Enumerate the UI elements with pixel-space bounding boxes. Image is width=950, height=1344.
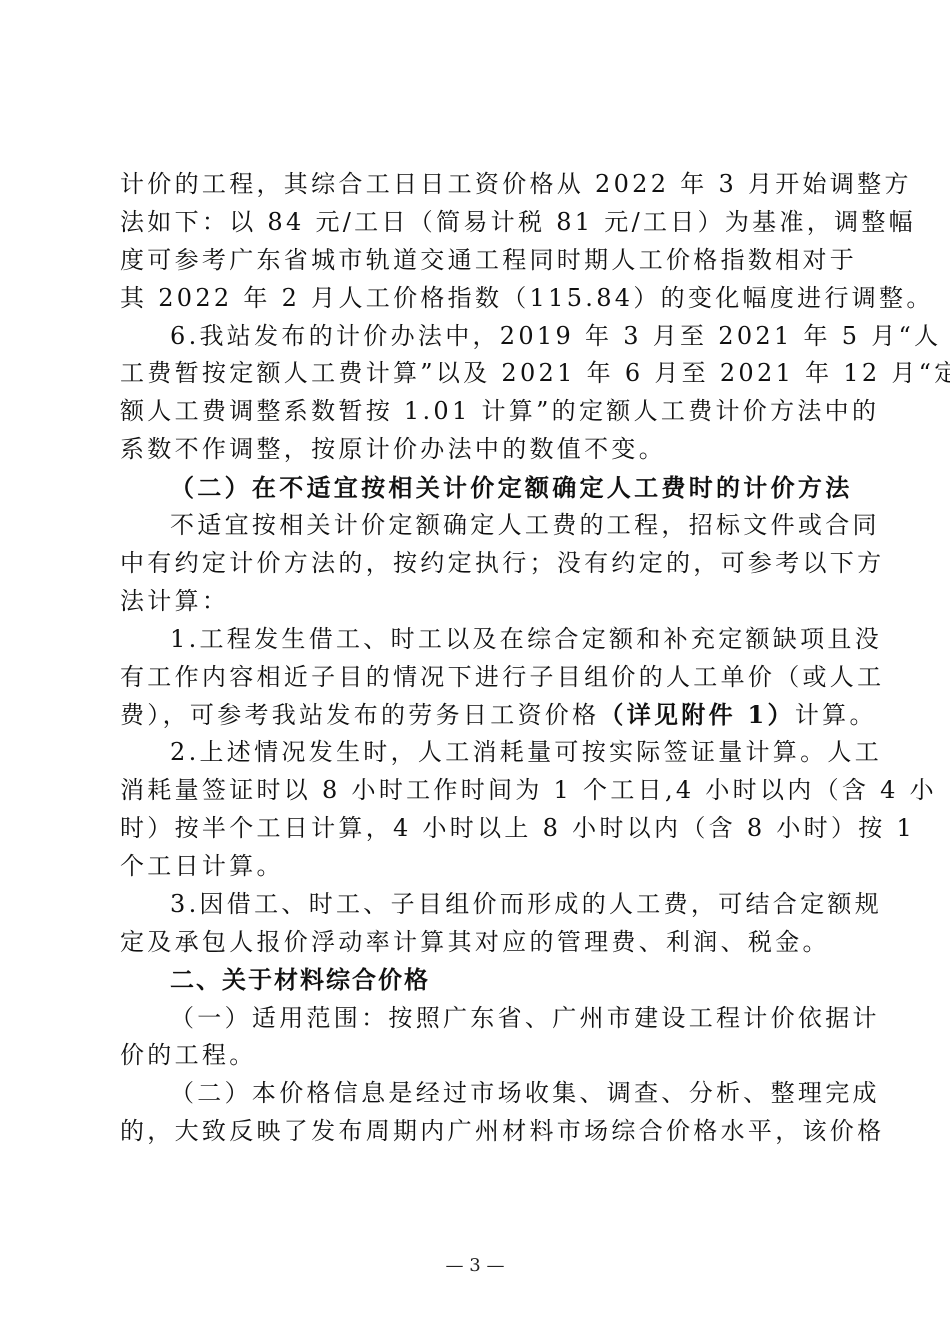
paragraph-line: 1.工程发生借工、时工以及在综合定额和补充定额缺项且没 <box>120 621 832 659</box>
paragraph-line: 个工日计算。 <box>120 848 832 886</box>
paragraph-line: 系数不作调整，按原计价办法中的数值不变。 <box>120 431 832 469</box>
paragraph-line: 有工作内容相近子目的情况下进行子目组价的人工单价（或人工 <box>120 659 832 697</box>
paragraph-line: 3.因借工、时工、子目组价而形成的人工费，可结合定额规 <box>120 886 832 924</box>
paragraph-line: 中有约定计价方法的，按约定执行；没有约定的，可参考以下方 <box>120 545 832 583</box>
paragraph-line: 计价的工程，其综合工日日工资价格从 2022 年 3 月开始调整方 <box>120 166 832 204</box>
paragraph-line: 2.上述情况发生时，人工消耗量可按实际签证量计算。人工 <box>120 734 832 772</box>
paragraph-line: 度可参考广东省城市轨道交通工程同时期人工价格指数相对于 <box>120 242 832 280</box>
paragraph-line: 的，大致反映了发布周期内广州材料市场综合价格水平，该价格 <box>120 1113 832 1151</box>
paragraph-line: 不适宜按相关计价定额确定人工费的工程，招标文件或合同 <box>120 507 832 545</box>
section-subheading: （二）在不适宜按相关计价定额确定人工费时的计价方法 <box>120 469 832 507</box>
paragraph-line: 消耗量签证时以 8 小时工作时间为 1 个工日,4 小时以内（含 4 小 <box>120 772 832 810</box>
paragraph-text: 计算。 <box>795 701 877 729</box>
section-heading: 二、关于材料综合价格 <box>120 962 832 1000</box>
paragraph-line: 额人工费调整系数暂按 1.01 计算”的定额人工费计价方法中的 <box>120 393 832 431</box>
paragraph-line: （一）适用范围：按照广东省、广州市建设工程计价依据计 <box>120 1000 832 1038</box>
attachment-reference: （详见附件 1） <box>599 700 794 729</box>
page-number: — 3 — <box>0 1255 950 1276</box>
paragraph-line: 6.我站发布的计价办法中，2019 年 3 月至 2021 年 5 月“人 <box>120 318 832 356</box>
paragraph-line: （二）本价格信息是经过市场收集、调查、分析、整理完成 <box>120 1075 832 1113</box>
paragraph-text: 费），可参考我站发布的劳务日工资价格 <box>120 701 599 729</box>
paragraph-line: 工费暂按定额人工费计算”以及 2021 年 6 月至 2021 年 12 月“定 <box>120 355 832 393</box>
paragraph-line: 时）按半个工日计算，4 小时以上 8 小时以内（含 8 小时）按 1 <box>120 810 832 848</box>
paragraph-line: 其 2022 年 2 月人工价格指数（115.84）的变化幅度进行调整。 <box>120 280 832 318</box>
document-body: 计价的工程，其综合工日日工资价格从 2022 年 3 月开始调整方 法如下：以 … <box>120 166 832 1151</box>
paragraph-line: 法如下：以 84 元/工日（简易计税 81 元/工日）为基准，调整幅 <box>120 204 832 242</box>
paragraph-line: 价的工程。 <box>120 1037 832 1075</box>
paragraph-line: 费），可参考我站发布的劳务日工资价格（详见附件 1）计算。 <box>120 696 832 734</box>
paragraph-line: 法计算： <box>120 583 832 621</box>
paragraph-line: 定及承包人报价浮动率计算其对应的管理费、利润、税金。 <box>120 924 832 962</box>
